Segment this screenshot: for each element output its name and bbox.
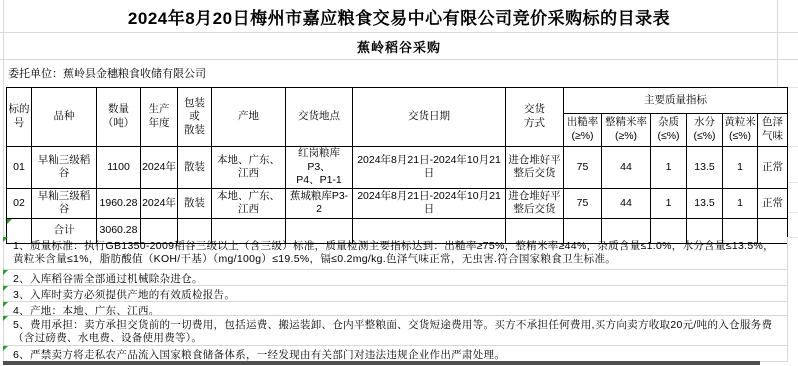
cell-quantity: 1960.28 bbox=[97, 188, 141, 218]
table-row: 02 早籼三级稻谷 1960.28 2024年 散装 本地、广东、 江西 蕉城粮… bbox=[7, 188, 788, 218]
note-text: 6、严禁卖方将走私农产品流入国家粮食储备体系，一经发现由有关部门对违法违规企业作… bbox=[13, 349, 505, 361]
note-item: 1、质量标准：执行GB1350-2009稻谷三级以上（含三级）标准，质量检测主要… bbox=[3, 237, 787, 270]
cell-delivery-date: 2024年8月21日-2024年10月21日 bbox=[353, 188, 506, 218]
cell-variety: 早籼三级稻谷 bbox=[32, 188, 97, 218]
cell-packing: 散装 bbox=[178, 188, 212, 218]
cell-year: 2024年 bbox=[141, 188, 178, 218]
note-item: 4、产地：本地、广东、江西。 bbox=[3, 302, 787, 316]
header-yellow-grain: 黄粒米 (≤%) bbox=[723, 114, 758, 147]
cell-color-odor: 正常 bbox=[758, 188, 788, 218]
header-packing: 包装或 散装 bbox=[178, 88, 212, 147]
cell-yellow-grain: 1 bbox=[723, 147, 758, 189]
header-origin: 产地 bbox=[212, 88, 286, 147]
cell-color-odor: 正常 bbox=[758, 147, 788, 189]
gridline-horizontal bbox=[787, 237, 798, 238]
header-year: 生产 年度 bbox=[141, 88, 178, 147]
gridline-horizontal bbox=[787, 87, 798, 88]
cell-moisture: 13.5 bbox=[687, 147, 723, 189]
header-delivery-date: 交货日期 bbox=[353, 88, 506, 147]
note-text: 5、费用承担：卖方承担交货前的一切费用，包括运费、搬运装卸、仓内平整粮面、交货短… bbox=[13, 319, 772, 344]
header-delivery-place: 交货地点 bbox=[286, 88, 353, 147]
client-line: 委托单位：蕉岭县金穗粮食收储有限公司 bbox=[8, 60, 788, 86]
note-text: 1、质量标准：执行GB1350-2009稻谷三级以上（含三级）标准，质量检测主要… bbox=[13, 240, 774, 265]
lots-table: 标的 号 品种 数量 （吨） 生产 年度 包装或 散装 产地 交货地点 交货日期… bbox=[6, 87, 788, 244]
cell-quantity: 1100 bbox=[97, 147, 141, 189]
page-title: 2024年8月20日梅州市嘉应粮食交易中心有限公司竞价采购标的目录表 bbox=[0, 0, 798, 32]
cell-error-triangle-icon bbox=[3, 286, 8, 291]
page-subtitle: 蕉岭稻谷采购 bbox=[0, 32, 798, 60]
note-item: 2、入库稻谷需全部通过机械除杂进仓。 bbox=[3, 270, 787, 286]
cutoff-text-row bbox=[3, 361, 760, 365]
cell-impurity: 1 bbox=[651, 147, 687, 189]
header-color-odor: 色泽 气味 bbox=[758, 114, 788, 147]
header-moisture: 水分 (≤%) bbox=[687, 114, 723, 147]
cell-error-triangle-icon bbox=[3, 316, 8, 321]
cell-error-triangle-icon bbox=[7, 219, 12, 224]
gridline-horizontal bbox=[787, 146, 798, 147]
cell-error-triangle-icon bbox=[3, 346, 8, 351]
cell-error-triangle-icon bbox=[3, 270, 8, 275]
cell-origin: 本地、广东、 江西 bbox=[212, 188, 286, 218]
note-text: 4、产地：本地、广东、江西。 bbox=[13, 305, 160, 316]
note-text: 3、入库时卖方必须提供产地的有效质检报告。 bbox=[13, 289, 235, 301]
cell-error-triangle-icon bbox=[3, 302, 8, 307]
cell-variety: 早籼三级稻谷 bbox=[32, 147, 97, 189]
notes-section: 1、质量标准：执行GB1350-2009稻谷三级以上（含三级）标准，质量检测主要… bbox=[3, 237, 788, 362]
note-text: 2、入库稻谷需全部通过机械除杂进仓。 bbox=[13, 273, 203, 285]
cell-yellow-grain: 1 bbox=[723, 188, 758, 218]
cell-husked-rate: 75 bbox=[564, 188, 602, 218]
note-item: 3、入库时卖方必须提供产地的有效质检报告。 bbox=[3, 286, 787, 302]
cell-lot-no: 02 bbox=[7, 188, 32, 218]
header-lot-no: 标的 号 bbox=[7, 88, 32, 147]
header-head-rice-rate: 整精米率 (≥%) bbox=[602, 114, 651, 147]
cell-impurity: 1 bbox=[651, 188, 687, 218]
gridline-horizontal bbox=[787, 212, 798, 213]
header-variety: 品种 bbox=[32, 88, 97, 147]
header-quality-group: 主要质量指标 bbox=[564, 88, 788, 114]
gridline-horizontal bbox=[787, 182, 798, 183]
cell-head-rice-rate: 44 bbox=[602, 147, 651, 189]
cell-origin: 本地、广东、 江西 bbox=[212, 147, 286, 189]
cell-lot-no: 01 bbox=[7, 147, 32, 189]
cell-delivery-place: 蕉城粮库P3-2 bbox=[286, 188, 353, 218]
table-row: 01 早籼三级稻谷 1100 2024年 散装 本地、广东、 江西 红岗粮库P3… bbox=[7, 147, 788, 189]
note-item: 6、严禁卖方将走私农产品流入国家粮食储备体系，一经发现由有关部门对违法违规企业作… bbox=[3, 346, 787, 362]
header-husked-rate: 出糙率 (≥%) bbox=[564, 114, 602, 147]
note-item: 5、费用承担：卖方承担交货前的一切费用，包括运费、搬运装卸、仓内平整粮面、交货短… bbox=[3, 316, 787, 346]
header-delivery-method: 交货 方式 bbox=[506, 88, 564, 147]
cell-delivery-method: 进仓堆好平 整后交货 bbox=[506, 188, 564, 218]
header-impurity: 杂质 (≤%) bbox=[651, 114, 687, 147]
cell-packing: 散装 bbox=[178, 147, 212, 189]
cell-year: 2024年 bbox=[141, 147, 178, 189]
cell-husked-rate: 75 bbox=[564, 147, 602, 189]
cell-head-rice-rate: 44 bbox=[602, 188, 651, 218]
cell-delivery-method: 进仓堆好平 整后交货 bbox=[506, 147, 564, 189]
cell-error-triangle-icon bbox=[3, 237, 8, 242]
header-quantity: 数量 （吨） bbox=[97, 88, 141, 147]
cell-moisture: 13.5 bbox=[687, 188, 723, 218]
cell-delivery-place: 红岗粮库P3、 P4、P1-1 bbox=[286, 147, 353, 189]
cell-delivery-date: 2024年8月21日-2024年10月21日 bbox=[353, 147, 506, 189]
